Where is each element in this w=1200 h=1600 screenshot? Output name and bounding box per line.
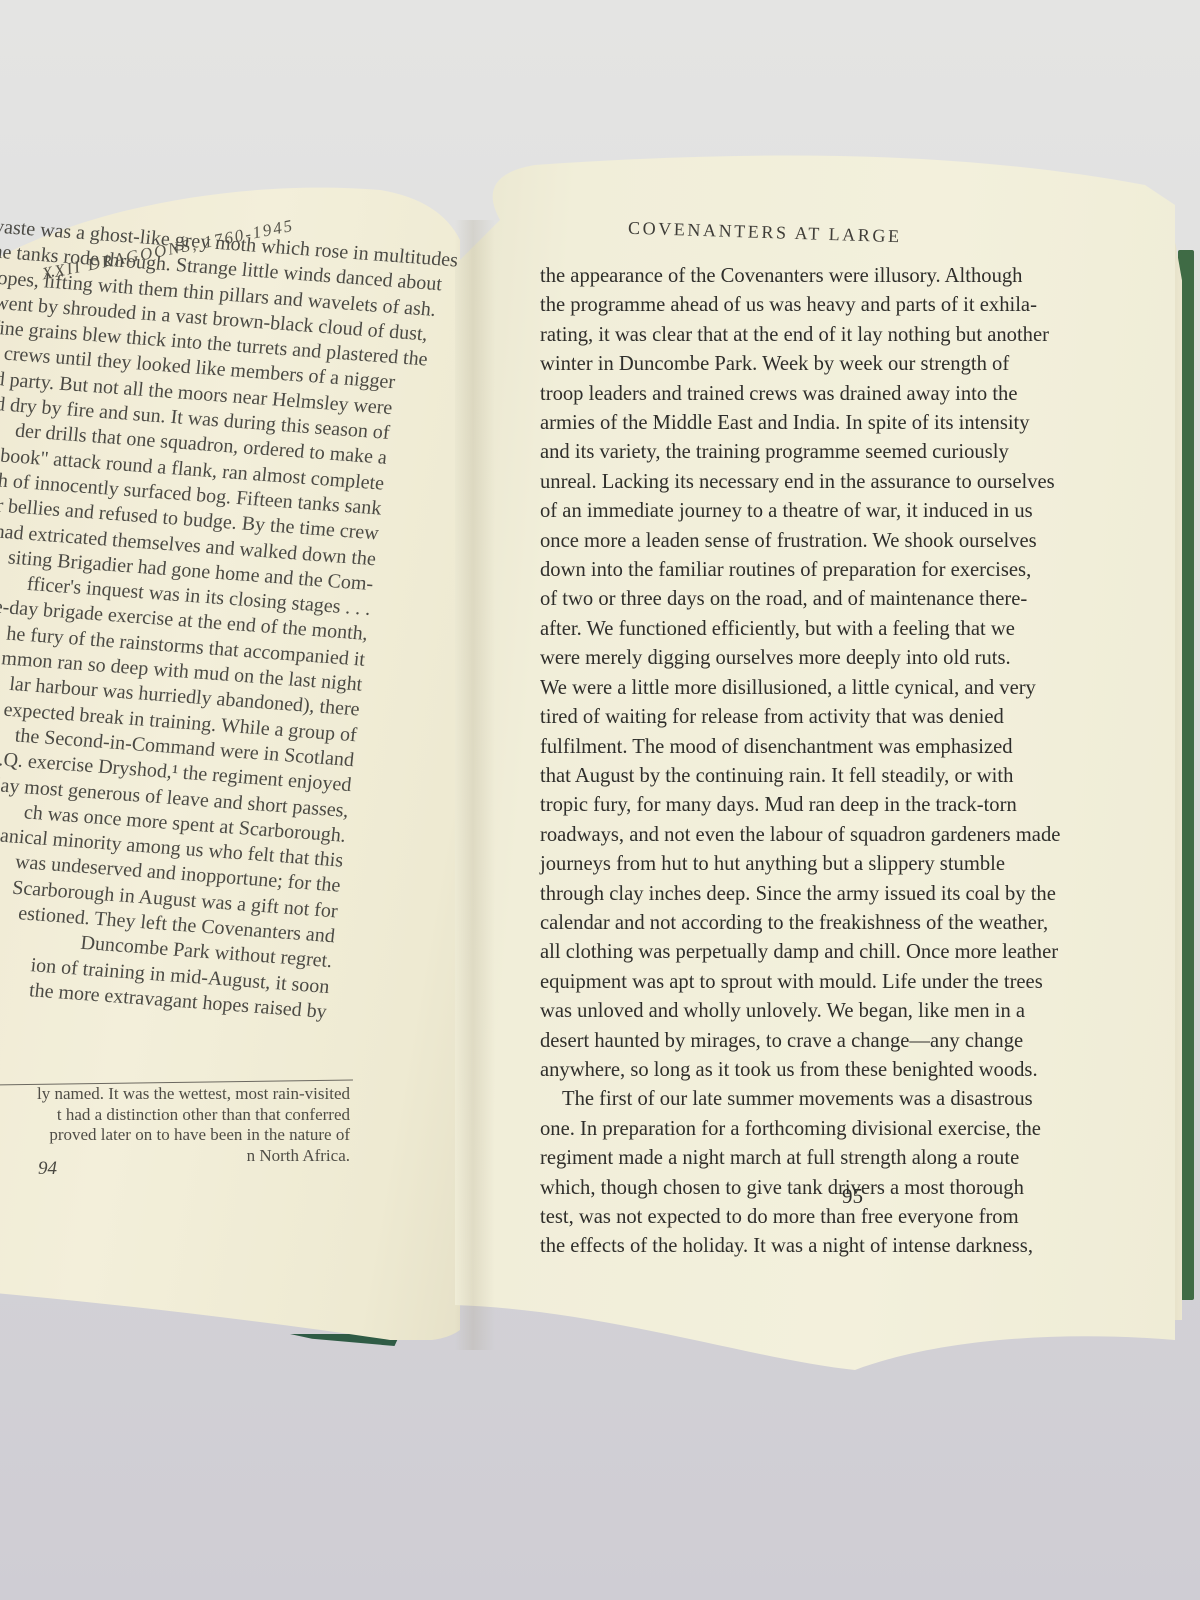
text-line: unreal. Lacking its necessary end in the…: [540, 468, 1140, 497]
footnote-line: t had a distinction other than that conf…: [0, 1105, 350, 1126]
left-page-number: 94: [38, 1158, 57, 1180]
text-line: once more a leaden sense of frustration.…: [540, 527, 1140, 556]
text-line: regiment made a night march at full stre…: [540, 1144, 1140, 1173]
text-line: which, though chosen to give tank driver…: [540, 1174, 1140, 1203]
text-line: was unloved and wholly unlovely. We bega…: [540, 997, 1140, 1026]
text-line: tired of waiting for release from activi…: [540, 703, 1140, 732]
footnote-line: proved later on to have been in the natu…: [0, 1125, 350, 1146]
text-line: test, was not expected to do more than f…: [540, 1203, 1140, 1232]
text-line: and its variety, the training programme …: [540, 438, 1140, 467]
text-line: the appearance of the Covenanters were i…: [540, 262, 1140, 291]
text-line: tropic fury, for many days. Mud ran deep…: [540, 791, 1140, 820]
text-line: We were a little more disillusioned, a l…: [540, 674, 1140, 703]
text-line: one. In preparation for a forthcoming di…: [540, 1115, 1140, 1144]
text-line: The first of our late summer movements w…: [540, 1085, 1140, 1114]
paragraph-1: the appearance of the Covenanters were i…: [540, 262, 1140, 1085]
photo-scene: XXII DRAGOONS, 1760-1945 waste was a gho…: [0, 0, 1200, 1600]
text-line: journeys from hut to hut anything but a …: [540, 850, 1140, 879]
text-line: troop leaders and trained crews was drai…: [540, 380, 1140, 409]
left-page-footnotes: ly named. It was the wettest, most rain-…: [0, 1084, 350, 1166]
text-line: anywhere, so long as it took us from the…: [540, 1056, 1140, 1085]
text-line: were merely digging ourselves more deepl…: [540, 644, 1140, 673]
text-line: rating, it was clear that at the end of …: [540, 321, 1140, 350]
text-line: winter in Duncombe Park. Week by week ou…: [540, 350, 1140, 379]
text-line: after. We functioned efficiently, but wi…: [540, 615, 1140, 644]
right-page-body: the appearance of the Covenanters were i…: [540, 262, 1140, 1262]
text-line: fulfilment. The mood of disenchantment w…: [540, 733, 1140, 762]
text-line: the programme ahead of us was heavy and …: [540, 291, 1140, 320]
right-page-number: 95: [842, 1184, 863, 1209]
book-gutter: [455, 220, 495, 1350]
text-line: down into the familiar routines of prepa…: [540, 556, 1140, 585]
text-line: desert haunted by mirages, to crave a ch…: [540, 1027, 1140, 1056]
text-line: roadways, and not even the labour of squ…: [540, 821, 1140, 850]
text-line: of an immediate journey to a theatre of …: [540, 497, 1140, 526]
text-line: through clay inches deep. Since the army…: [540, 880, 1140, 909]
text-line: equipment was apt to sprout with mould. …: [540, 968, 1140, 997]
text-line: calendar and not according to the freaki…: [540, 909, 1140, 938]
text-line: the effects of the holiday. It was a nig…: [540, 1232, 1140, 1261]
footnote-line: ly named. It was the wettest, most rain-…: [0, 1084, 350, 1105]
text-line: of two or three days on the road, and of…: [540, 585, 1140, 614]
text-line: armies of the Middle East and India. In …: [540, 409, 1140, 438]
paragraph-2: The first of our late summer movements w…: [540, 1085, 1140, 1261]
text-line: all clothing was perpetually damp and ch…: [540, 938, 1140, 967]
text-line: that August by the continuing rain. It f…: [540, 762, 1140, 791]
